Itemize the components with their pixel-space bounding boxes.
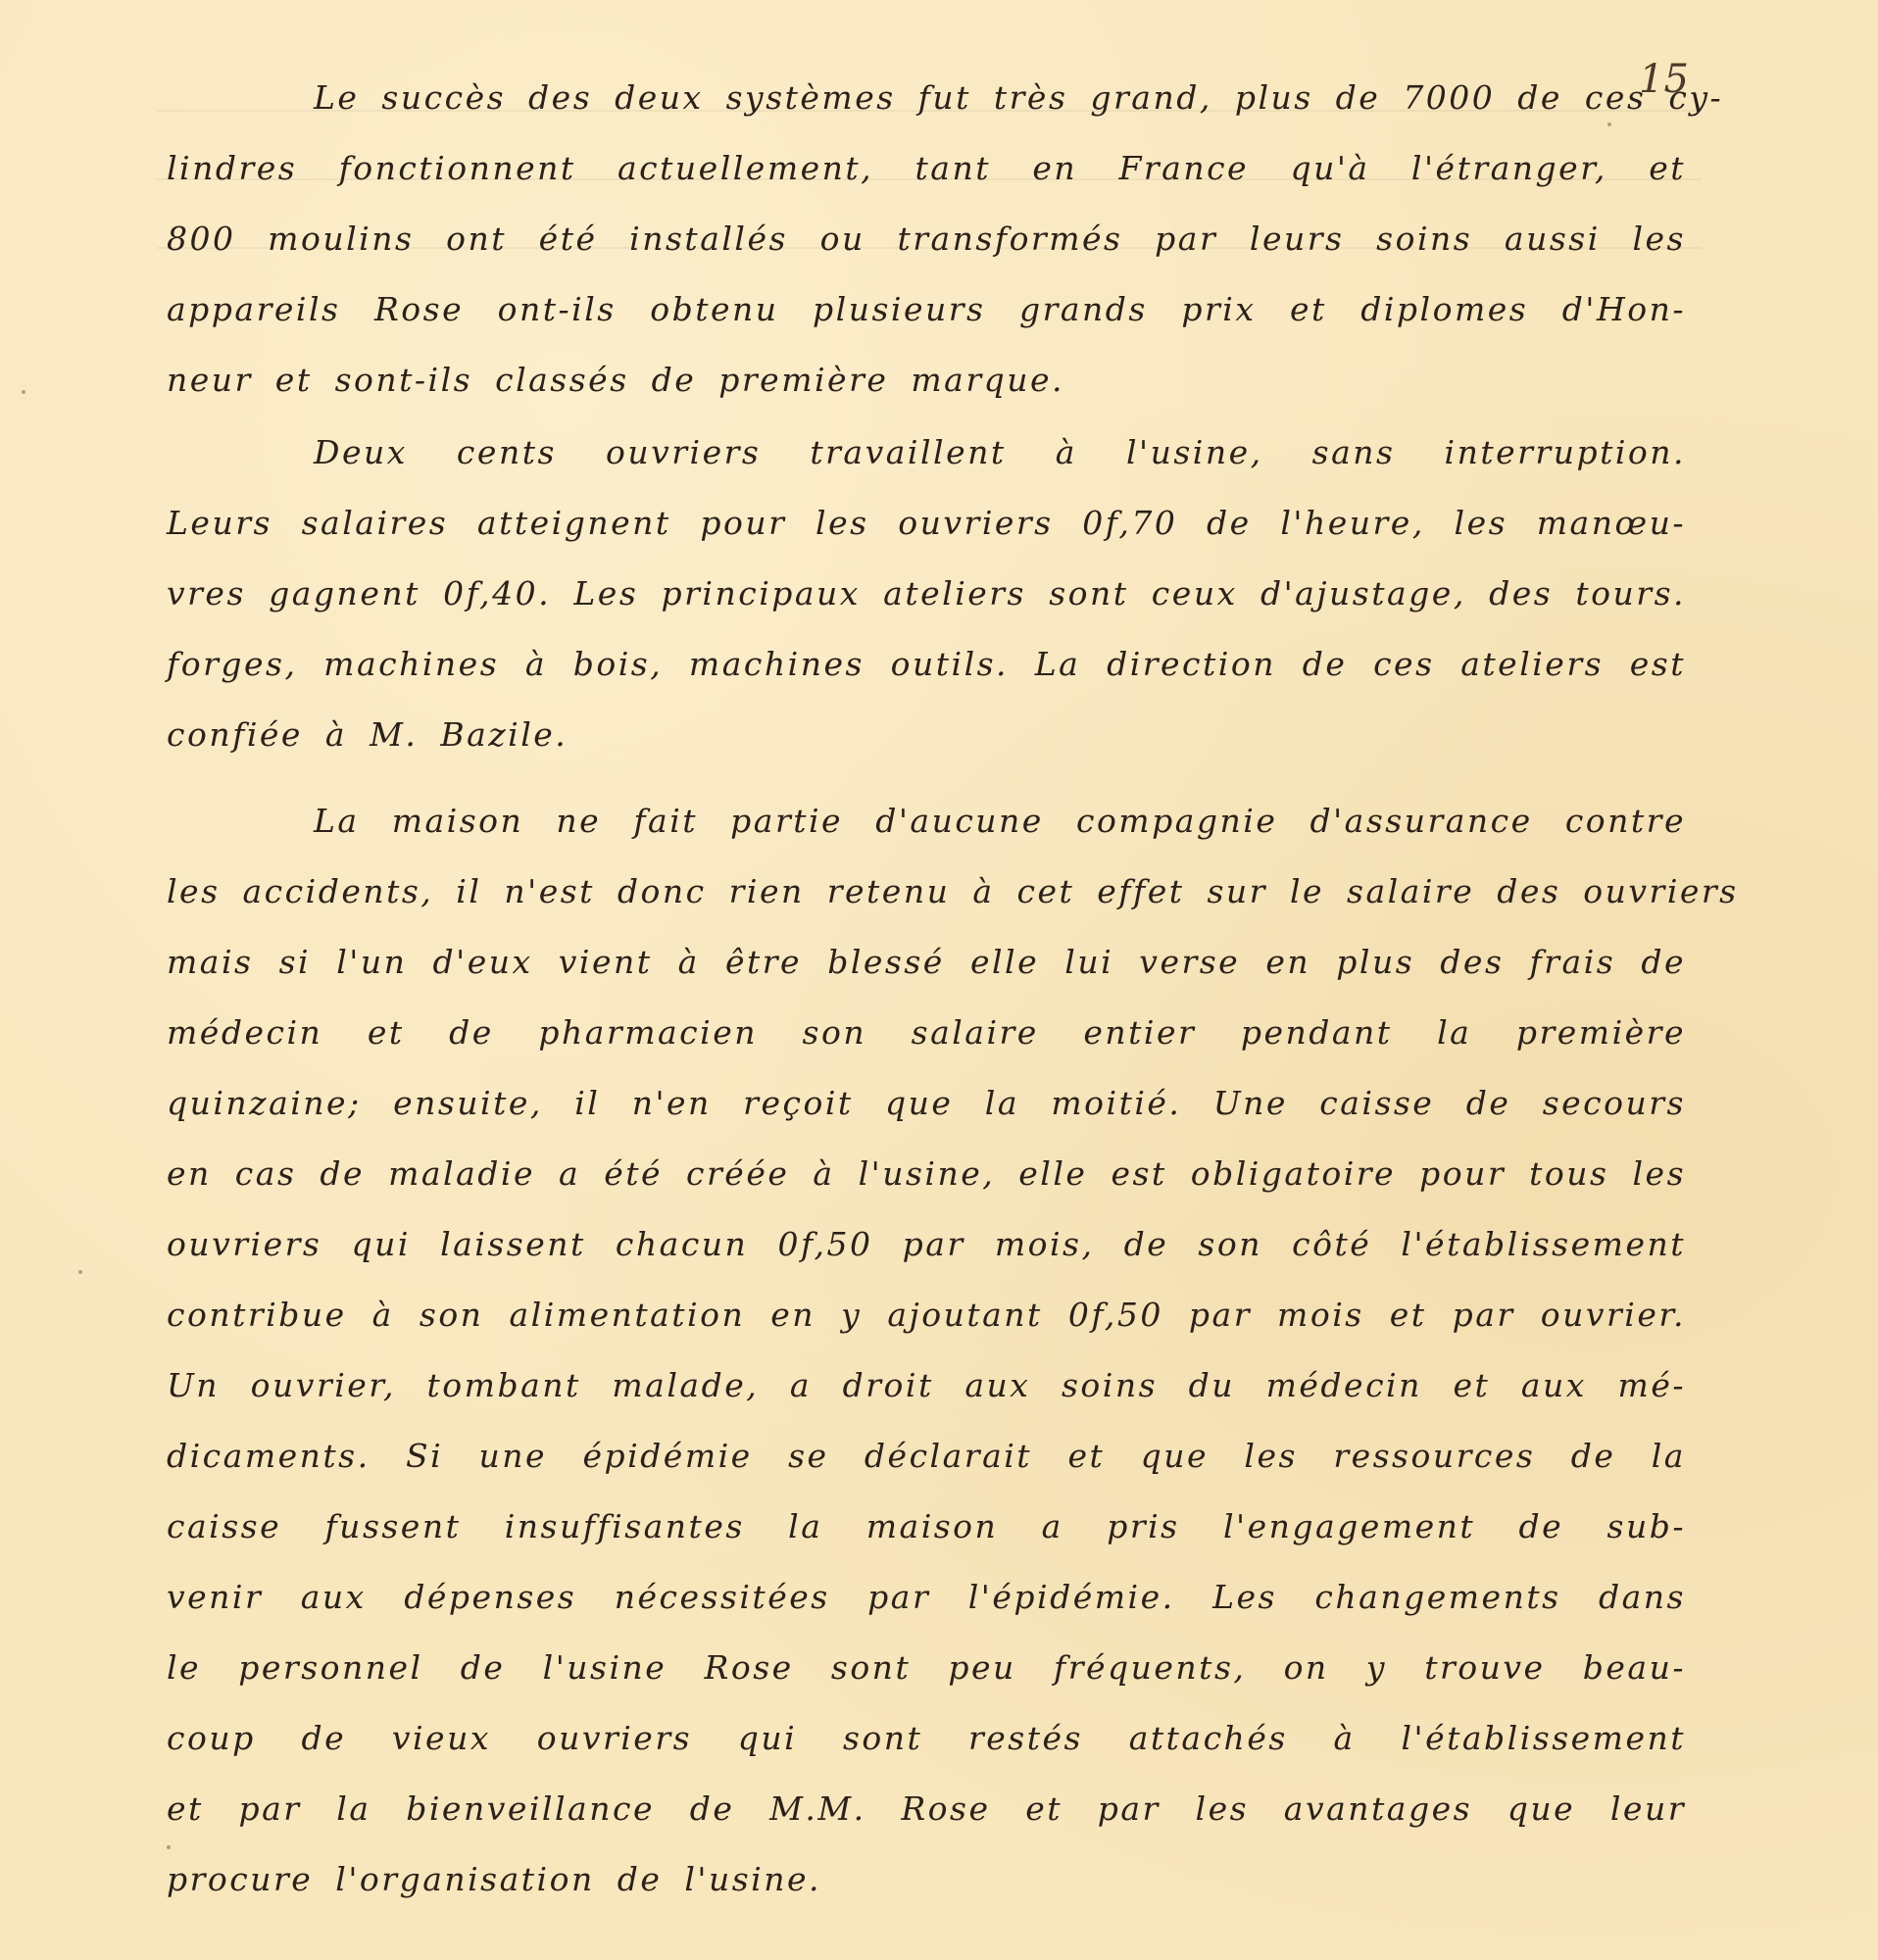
text-line: 800 moulins ont été installés ou transfo… bbox=[167, 210, 1686, 269]
text-line: mais si l'un d'eux vient à être blessé e… bbox=[167, 933, 1686, 992]
text-line: venir aux dépenses nécessitées par l'épi… bbox=[167, 1568, 1686, 1627]
text-line: dicaments. Si une épidémie se déclarait … bbox=[167, 1427, 1686, 1486]
text-line: vres gagnent 0f,40. Les principaux ateli… bbox=[167, 564, 1686, 623]
text-line: et par la bienveillance de M.M. Rose et … bbox=[167, 1780, 1686, 1838]
text-line: médecin et de pharmacien son salaire ent… bbox=[167, 1004, 1686, 1062]
paper-speck bbox=[1607, 122, 1611, 126]
text-line: Le succès des deux systèmes fut très gra… bbox=[314, 69, 1686, 127]
text-line: La maison ne fait partie d'aucune compag… bbox=[314, 792, 1686, 851]
text-line: appareils Rose ont-ils obtenu plusieurs … bbox=[167, 280, 1686, 339]
text-line: Leurs salaires atteignent pour les ouvri… bbox=[167, 494, 1686, 553]
manuscript-page: 15 Le succès des deux systèmes fut très … bbox=[0, 0, 1878, 1960]
text-line: le personnel de l'usine Rose sont peu fr… bbox=[167, 1639, 1686, 1697]
text-line: Un ouvrier, tombant malade, a droit aux … bbox=[167, 1356, 1686, 1415]
text-line: quinzaine; ensuite, il n'en reçoit que l… bbox=[167, 1074, 1686, 1133]
text-line: coup de vieux ouvriers qui sont restés a… bbox=[167, 1709, 1686, 1768]
text-line: les accidents, il n'est donc rien retenu… bbox=[167, 862, 1686, 921]
text-line: forges, machines à bois, machines outils… bbox=[167, 635, 1686, 694]
text-line: procure l'organisation de l'usine. bbox=[167, 1850, 1686, 1909]
text-line: caisse fussent insuffisantes la maison a… bbox=[167, 1497, 1686, 1556]
text-line: confiée à M. Bazile. bbox=[167, 706, 1686, 764]
text-line: neur et sont-ils classés de première mar… bbox=[167, 351, 1686, 410]
text-line: Deux cents ouvriers travaillent à l'usin… bbox=[314, 423, 1686, 482]
text-line: ouvriers qui laissent chacun 0f,50 par m… bbox=[167, 1215, 1686, 1274]
text-line: contribue à son alimentation en y ajouta… bbox=[167, 1286, 1686, 1345]
paper-speck bbox=[167, 1845, 171, 1849]
text-line: en cas de maladie a été créée à l'usine,… bbox=[167, 1145, 1686, 1203]
paper-speck bbox=[22, 390, 25, 394]
text-line: lindres fonctionnent actuellement, tant … bbox=[167, 139, 1686, 198]
paper-speck bbox=[78, 1270, 82, 1274]
